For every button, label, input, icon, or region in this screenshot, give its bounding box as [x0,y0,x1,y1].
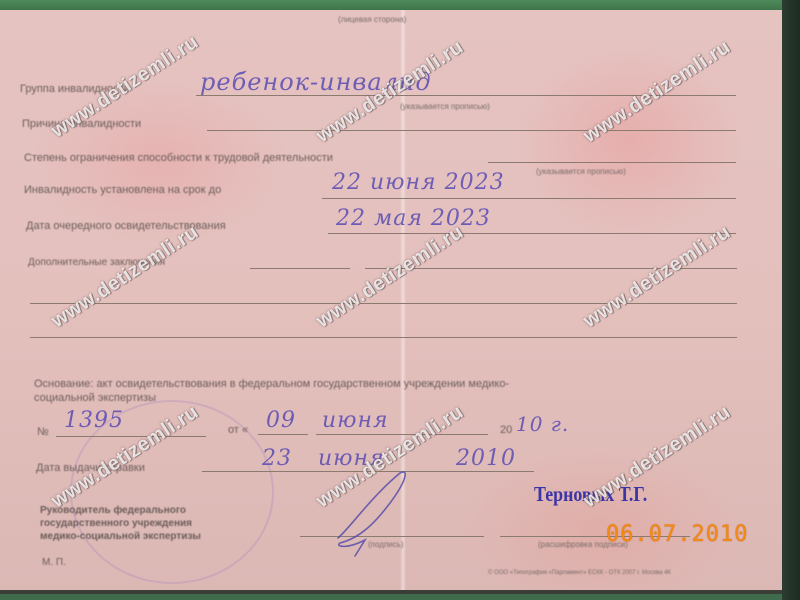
field-line [328,233,736,234]
seal-label: М. П. [42,557,66,568]
field-line [30,337,737,338]
field-line [56,436,206,437]
background-frame-right [782,0,800,600]
head-title-line2: государственного учреждения [40,518,192,529]
act-date-day: 09 [266,408,296,433]
field-label-work-limitation: Степень ограничения способности к трудов… [24,152,333,164]
head-title-line3: медико-социальной экспертизы [40,531,201,542]
field-label-valid-until: Инвалидность установлена на срок до [24,184,221,196]
field-value-next-examination: 22 мая 2023 [336,206,491,231]
field-value-valid-until: 22 июня 2023 [332,170,505,195]
issue-date-year: 2010 [456,446,516,471]
field-hint: (указывается прописью) [536,167,626,176]
camera-date-stamp: 06.07.2010 [606,522,748,547]
header-caption: (лицевая сторона) [338,15,406,24]
field-line [322,198,736,199]
field-hint: (указывается прописью) [400,102,490,111]
act-number-label: № [37,426,49,438]
act-date-month: июня [322,408,389,433]
basis-text-line1: Основание: акт освидетельствования в фед… [34,378,509,390]
issue-date-day: 23 [262,446,292,471]
basis-text-line2: социальной экспертизы [34,392,156,404]
act-date-year-suffix: 10 г. [516,412,569,436]
field-line [250,268,350,269]
act-number-value: 1395 [64,408,124,433]
act-date-year-prefix: 20 [500,424,512,436]
act-date-from-label: от « [228,424,248,436]
field-line [207,130,736,131]
footer-print-info: © ООО «Типография «Парламент» ЕСКК - ОТК… [488,570,671,576]
field-line [488,162,736,163]
field-line [258,434,308,435]
